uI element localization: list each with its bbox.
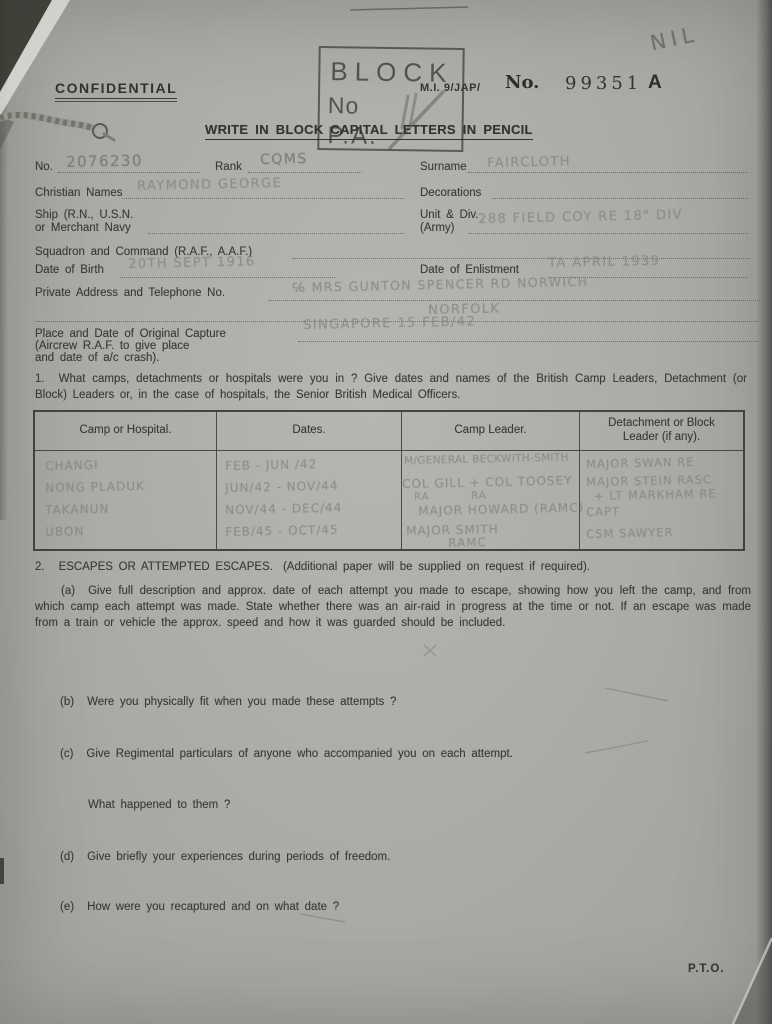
confidential-text: CONFIDENTIAL — [55, 80, 177, 99]
question-2-heading: 2.ESCAPES OR ATTEMPTED ESCAPES.(Addition… — [35, 560, 750, 576]
question-2c-followup: What happened to them ? — [88, 798, 230, 814]
field-no-label: No. — [35, 160, 53, 176]
question-1-text: What camps, detachments or hospitals wer… — [35, 373, 747, 401]
camp-entry: UBON — [45, 524, 85, 539]
dates-entry: NOV/44 - DEC/44 — [225, 501, 342, 517]
camps-table: Camp or Hospital. Dates. Camp Leader. De… — [33, 410, 745, 551]
camp-entry: NONG PLADUK — [45, 479, 145, 495]
rule-ship — [148, 233, 405, 234]
field-ship-label-2: or Merchant Navy — [35, 221, 131, 237]
rule-christian-names — [122, 198, 405, 199]
leader-entry: RAMC — [448, 535, 487, 550]
value-unit-div: 288 FIELD COY RE 18" DIV — [478, 208, 683, 227]
rule-dob — [120, 277, 335, 278]
question-2e-text: How were you recaptured and on what date… — [87, 901, 339, 913]
camp-entry: CHANGI — [45, 458, 99, 473]
camps-table-header-block-leader: Detachment or Block Leader (if any). — [580, 412, 743, 451]
header-block-leader-line1: Detachment or Block — [608, 417, 715, 431]
leader-entry: M/GENERAL BECKWITH-SMITH — [404, 452, 569, 467]
scan-edge-left — [0, 0, 8, 520]
question-2b: (b)Were you physically fit when you made… — [60, 695, 396, 711]
camps-table-cell-camp: CHANGI NONG PLADUK TAKANUN UBON — [35, 451, 217, 549]
scan-edge-right — [756, 0, 772, 1024]
question-2b-label: (b) — [60, 696, 74, 708]
confidential-marking: CONFIDENTIAL — [55, 80, 177, 98]
block-leader-entry: + LT MARKHAM RE — [594, 486, 717, 503]
question-1: 1.What camps, detachments or hospitals w… — [35, 372, 747, 404]
stamp-no-text: No — [328, 92, 360, 119]
pow-questionnaire-form: NIL CONFIDENTIAL BLOCK No P.A. M.I. 9/JA… — [0, 0, 772, 1024]
serial-no-label: No. — [505, 72, 539, 93]
camps-table-cell-block-leader: MAJOR SWAN RE MAJOR STEIN RASC + LT MARK… — [580, 451, 743, 549]
value-private-address: ℅ MRS GUNTON SPENCER RD NORWICH — [292, 274, 589, 295]
dates-entry: FEB - JUN /42 — [225, 457, 317, 473]
value-date-of-birth: 20TH SEPT 1916 — [128, 254, 256, 272]
value-date-of-enlistment: TA APRIL 1939 — [548, 254, 661, 271]
question-1-number: 1. — [35, 373, 45, 385]
field-decorations-label: Decorations — [420, 186, 481, 202]
question-2e: (e)How were you recaptured and on what d… — [60, 900, 339, 916]
rule-capture — [298, 341, 758, 342]
rule-squadron — [292, 258, 750, 259]
field-christian-names-label: Christian Names — [35, 186, 123, 202]
field-unit-label-2: (Army) — [420, 221, 455, 237]
header-block-leader-line2: Leader (if any). — [623, 431, 700, 445]
value-place-of-capture: SINGAPORE 15 FEB/42 — [303, 314, 476, 333]
header-leader-line1: Camp Leader. — [454, 424, 526, 438]
value-christian-names: RAYMOND GEORGE — [137, 176, 282, 194]
block-leader-entry: CSM SAWYER — [586, 525, 674, 541]
field-rank-label: Rank — [215, 160, 242, 176]
field-dob-label: Date of Birth — [35, 263, 104, 279]
rule-surname — [468, 172, 748, 173]
field-surname-label: Surname — [420, 160, 467, 176]
question-2b-text: Were you physically fit when you made th… — [87, 696, 396, 708]
question-2-number: 2. — [35, 561, 45, 573]
pto-footer: P.T.O. — [688, 962, 724, 978]
rule-decorations — [492, 198, 748, 199]
value-rank: CQMS — [260, 151, 308, 168]
camp-entry: TAKANUN — [45, 502, 109, 517]
question-2d-text: Give briefly your experiences during per… — [87, 851, 390, 863]
question-2c: (c)Give Regimental particulars of anyone… — [60, 747, 513, 763]
serial-number: 99351 — [565, 73, 642, 94]
header-dates-line1: Dates. — [292, 424, 325, 438]
question-2a: (a)Give full description and approx. dat… — [35, 584, 751, 632]
camps-table-cell-dates: FEB - JUN /42 JUN/42 - NOV/44 NOV/44 - D… — [217, 451, 402, 549]
question-2-note: (Additional paper will be supplied on re… — [283, 561, 590, 573]
dates-entry: JUN/42 - NOV/44 — [225, 479, 339, 495]
rule-unit — [468, 233, 748, 234]
form-instruction-heading: WRITE IN BLOCK CAPITAL LETTERS IN PENCIL — [205, 122, 533, 140]
question-2-title: ESCAPES OR ATTEMPTED ESCAPES. — [59, 561, 273, 573]
field-address-label: Private Address and Telephone No. — [35, 286, 225, 302]
leader-entry: RA RA — [414, 490, 487, 503]
question-2a-text: Give full description and approx. date o… — [35, 585, 751, 629]
camps-table-header-leader: Camp Leader. — [402, 412, 580, 451]
mi9-reference: M.I. 9/JAP/ — [420, 82, 481, 94]
nil-annotation: NIL — [648, 22, 701, 56]
camps-table-header-dates: Dates. — [217, 412, 402, 451]
dates-entry: FEB/45 - OCT/45 — [225, 523, 339, 539]
question-2c-label: (c) — [60, 748, 73, 760]
rule-rank — [248, 172, 362, 173]
value-surname: FAIRCLOTH — [487, 154, 571, 171]
rule-address-1 — [268, 300, 760, 301]
serial-series-letter: A — [648, 72, 662, 94]
question-2e-label: (e) — [60, 901, 74, 913]
camps-table-header-camp: Camp or Hospital. — [35, 412, 217, 451]
question-2a-label: (a) — [61, 585, 75, 597]
header-camp-line1: Camp or Hospital. — [79, 424, 171, 438]
question-2d-label: (d) — [60, 851, 74, 863]
leader-entry: COL GILL + COL TOOSEY — [402, 473, 573, 491]
question-2c-text: Give Regimental particulars of anyone wh… — [86, 748, 512, 760]
camps-table-cell-leader: M/GENERAL BECKWITH-SMITH COL GILL + COL … — [402, 451, 580, 549]
rule-no — [58, 172, 200, 173]
field-capture-label-3: and date of a/c crash). — [35, 351, 159, 367]
question-2d: (d)Give briefly your experiences during … — [60, 850, 390, 866]
block-leader-entry: CAPT — [586, 504, 620, 519]
leader-entry: MAJOR HOWARD (RAMC) — [418, 501, 584, 518]
value-service-number: 2076230 — [66, 151, 143, 171]
block-leader-entry: MAJOR SWAN RE — [586, 455, 695, 471]
